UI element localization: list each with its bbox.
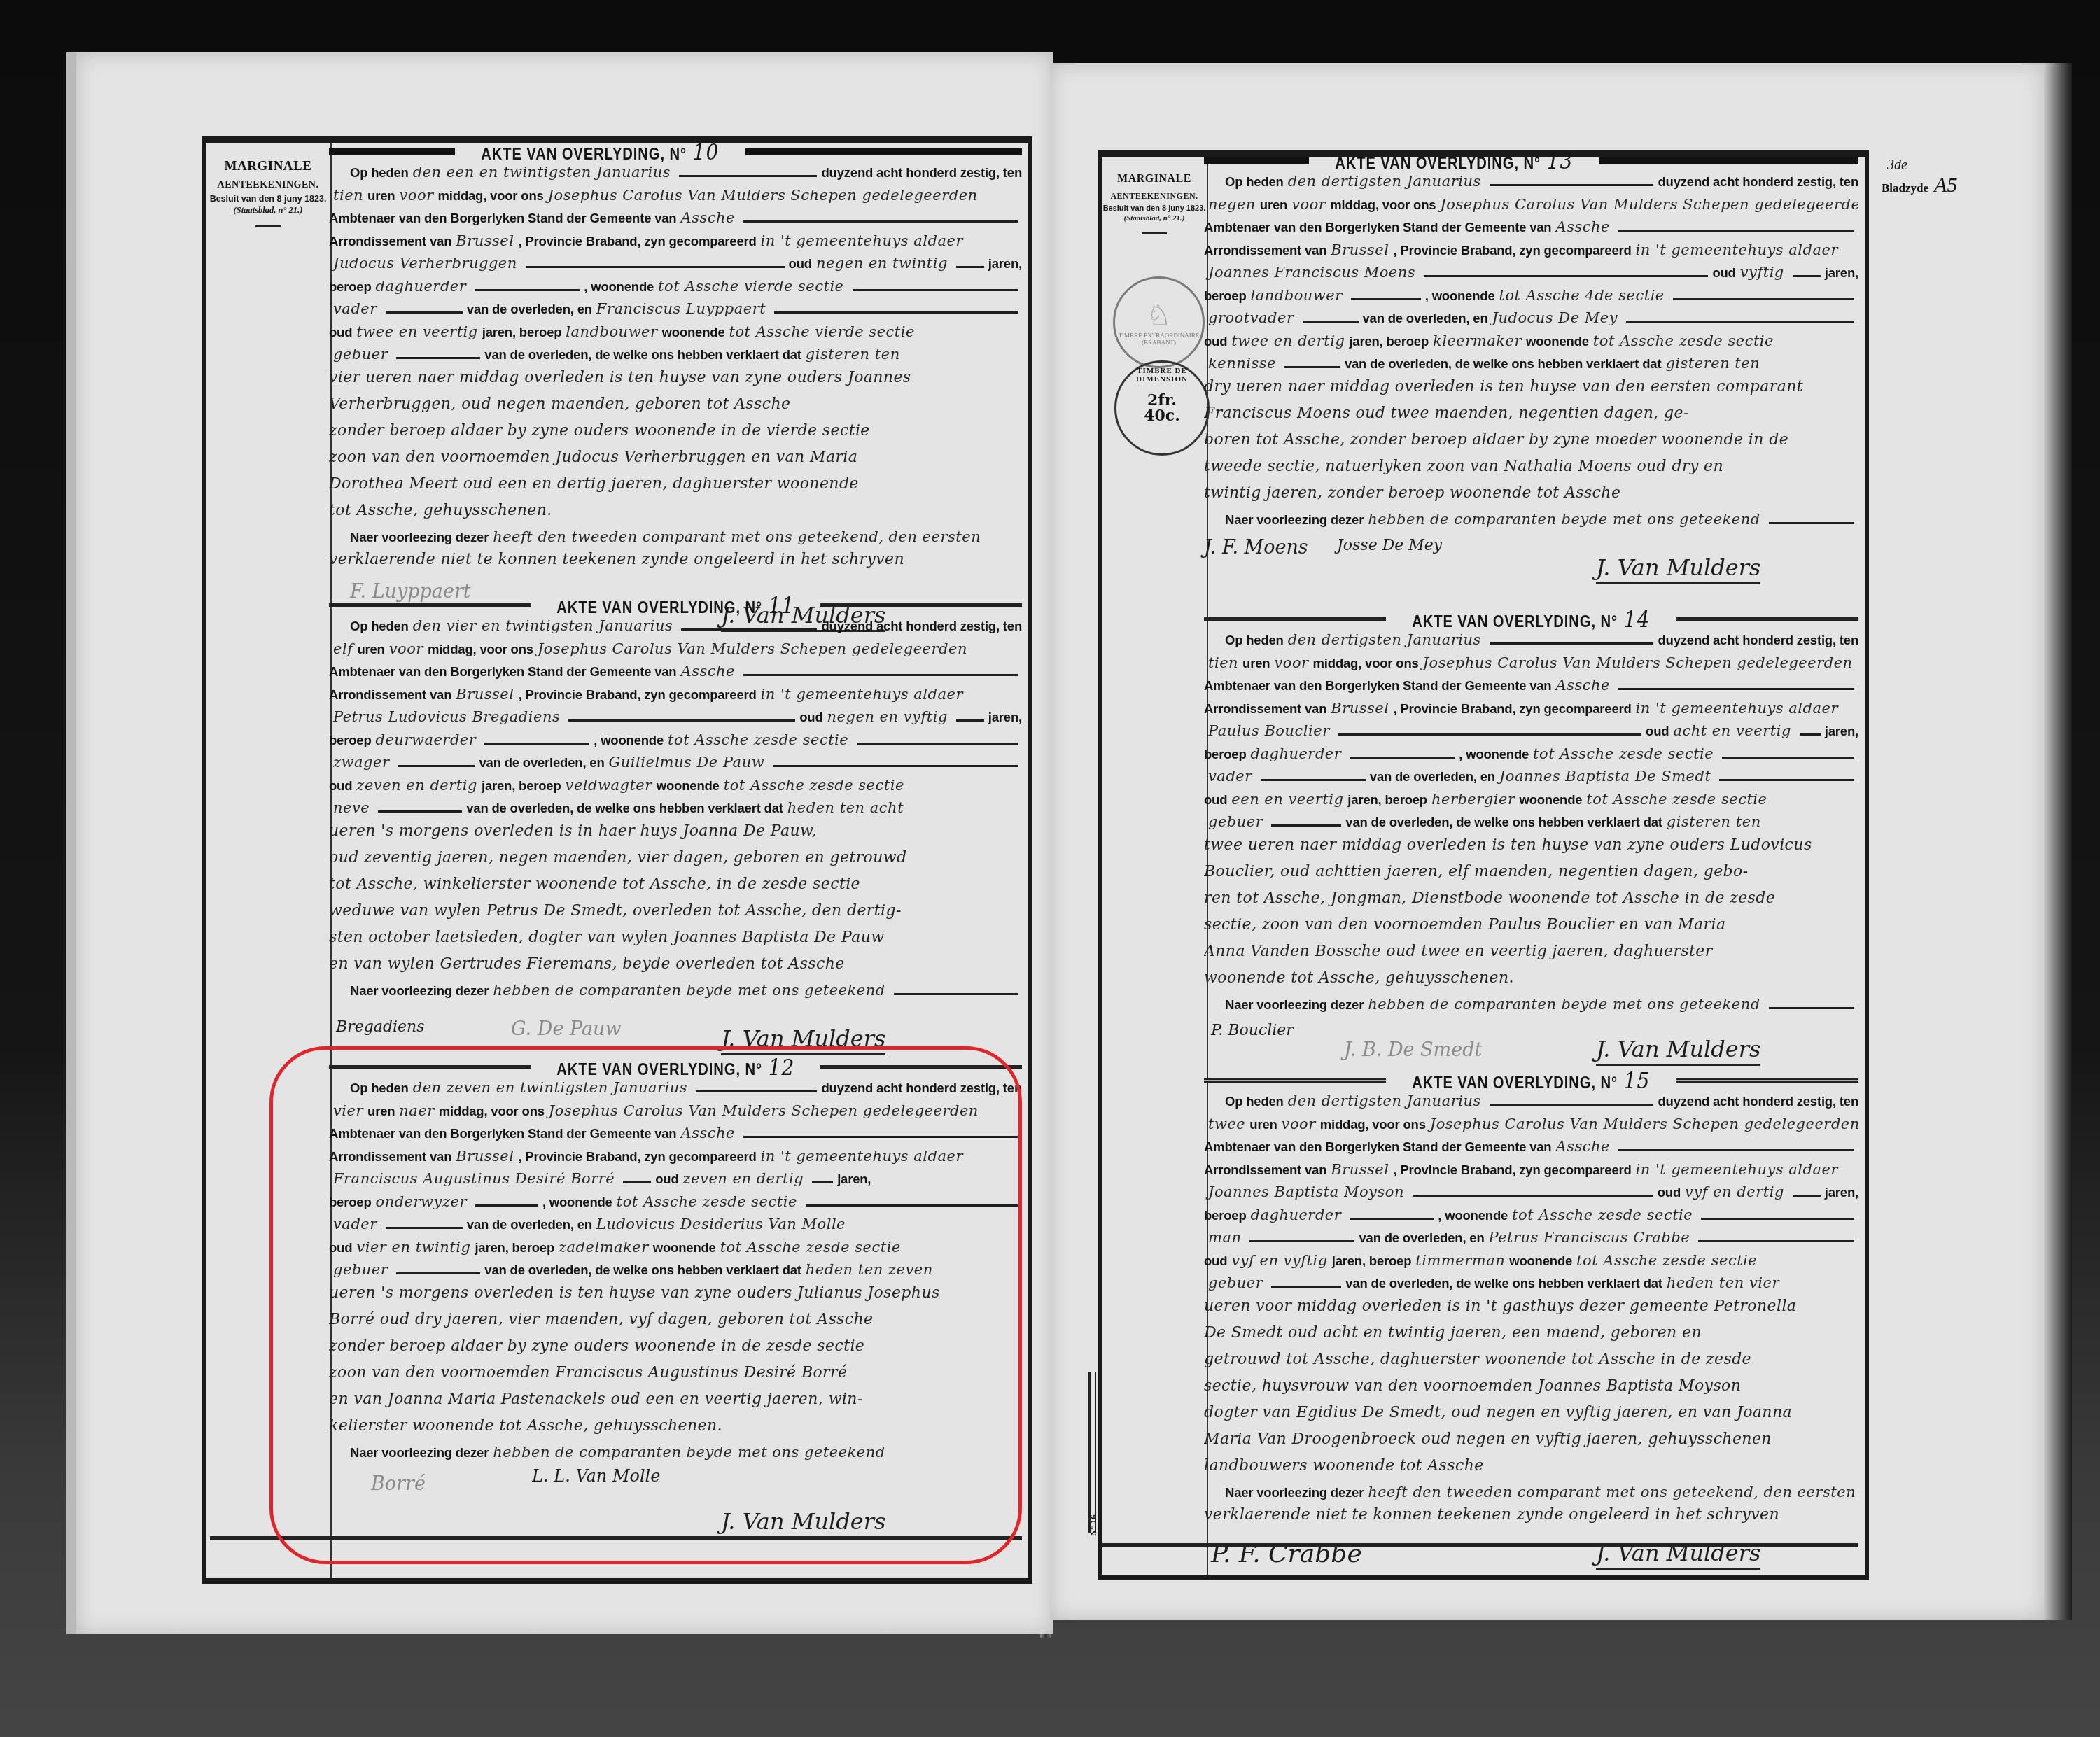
narrative-line: Borré oud dry jaeren, vier maenden, vyf … xyxy=(329,1311,1022,1337)
narrative-line: landbouwers woonende tot Assche xyxy=(1204,1457,1858,1484)
line-arrondissement: Arrondissement vanBrussel, Provincie Bra… xyxy=(329,232,1022,255)
narrative-line: ueren 's morgens overleden is in haer hu… xyxy=(329,822,1022,849)
narrative-line: Dorothea Meert oud een en dertig jaeren,… xyxy=(329,475,1022,502)
narrative-line: zoon van den voornoemden Judocus Verherb… xyxy=(329,449,1022,475)
narrative-line: twintig jaeren, zonder beroep woonende t… xyxy=(1204,484,1858,511)
narrative-line: Anna Vanden Bossche oud twee en veertig … xyxy=(1204,943,1858,969)
act-number: 15 xyxy=(1624,1067,1651,1094)
act-title: AKTE VAN OVERLYDING, N°13 xyxy=(1326,148,1582,174)
margin-decree: Besluit van den 8 juny 1823. xyxy=(1102,204,1207,213)
left-bottom-rule xyxy=(210,1536,1022,1540)
narrative-line: dry ueren naer middag overleden is ten h… xyxy=(1204,378,1858,405)
signature-comparant2: G. De Pauw xyxy=(511,1018,622,1040)
margin-subtitle: AENTEEKENINGEN. xyxy=(206,180,330,191)
lion-emblem-icon: ♘ xyxy=(1147,299,1172,332)
header-rule xyxy=(745,148,1022,155)
narrative-line: ueren voor middag overleden is in 't gas… xyxy=(1204,1298,1858,1324)
line-arrondissement: Arrondissement vanBrussel, Provincie Bra… xyxy=(1204,1161,1858,1184)
line-comparant1: Joannes Franciscus Moensoudvyftigjaren, xyxy=(1204,264,1858,287)
line-date: Op hedenden dertigsten Januariusduyzend … xyxy=(1204,173,1858,196)
narrative-line: Franciscus Moens oud twee maenden, negen… xyxy=(1204,405,1858,431)
line-date: Op hedenden dertigsten Januariusduyzend … xyxy=(1204,631,1858,654)
right-bottom-rule xyxy=(1102,1543,1858,1547)
narrative-line: kelierster woonende tot Assche, gehuyssc… xyxy=(329,1417,1022,1444)
line-official: Ambtenaer van den Borgerlyken Stand der … xyxy=(329,1125,1022,1148)
act-title: AKTE VAN OVERLYDING, N°14 xyxy=(1403,606,1659,633)
line-closing: Naer voorleezing dezerhebben de comparan… xyxy=(1204,996,1858,1019)
narrative-line: boren tot Assche, zonder beroep aldaer b… xyxy=(1204,431,1858,458)
line-closing: Naer voorleezing dezerhebben de comparan… xyxy=(329,982,1022,1005)
line-comparant1-relation: manvan de overleden, enPetrus Franciscus… xyxy=(1204,1229,1858,1252)
death-act-11: AKTE VAN OVERLYDING, N°11 Op hedenden vi… xyxy=(329,593,1022,1081)
line-hour: tienurenvoormiddag, voor onsJosephus Car… xyxy=(1204,654,1858,677)
header-rule xyxy=(1676,617,1858,621)
line-comparant1-job: beroepdaghuerder, woonendetot Assche vie… xyxy=(329,278,1022,301)
act-number: 13 xyxy=(1547,148,1574,174)
narrative-line: tot Assche, winkelierster woonende tot A… xyxy=(329,875,1022,902)
line-comparant1-job: beroeplandbouwer, woonendetot Assche 4de… xyxy=(1204,287,1858,310)
line-comparant2: oudvier en twintigjaren, beroepzadelmake… xyxy=(329,1239,1022,1262)
line-comparant1: Petrus Ludovicus Bregadiensoudnegen en v… xyxy=(329,708,1022,731)
line-comparant1: Joannes Baptista Moysonoudvyf en dertigj… xyxy=(1204,1183,1858,1207)
line-comparant1-job: beroepdeurwaerder, woonendetot Assche ze… xyxy=(329,731,1022,754)
death-act-12: AKTE VAN OVERLYDING, N°12 Op hedenden ze… xyxy=(329,1055,1022,1585)
line-statement: kennissevan de overleden, de welke ons h… xyxy=(1204,355,1858,378)
signature-comparant2: J. B. De Smedt xyxy=(1344,1039,1482,1061)
signature-comparant1: Bregadiens xyxy=(336,1018,425,1036)
margin-title: MARGINALE xyxy=(206,159,330,174)
header-rule xyxy=(1599,157,1858,164)
signature-officer: J. Van Mulders xyxy=(1596,1036,1760,1066)
margin-dash xyxy=(255,225,281,227)
line-arrondissement: Arrondissement vanBrussel, Provincie Bra… xyxy=(1204,700,1858,723)
line-comparant1-relation: grootvadervan de overleden, enJudocus De… xyxy=(1204,309,1858,332)
narrative-line: Verherbruggen, oud negen maenden, gebore… xyxy=(329,395,1022,422)
narrative-line: sten october laetsleden, dogter van wyle… xyxy=(329,929,1022,955)
act-title: AKTE VAN OVERLYDING, N°12 xyxy=(548,1054,804,1081)
narrative-line: vier ueren naer middag overleden is ten … xyxy=(329,369,1022,395)
narrative-line: tot Assche, gehuysschenen. xyxy=(329,502,1022,528)
side-double-rule xyxy=(1088,1372,1096,1533)
act-header: AKTE VAN OVERLYDING, N°10 xyxy=(329,140,1022,164)
line-date: Op hedenden zeven en twintigsten Januari… xyxy=(329,1079,1022,1102)
act-header: AKTE VAN OVERLYDING, N°15 xyxy=(1204,1069,1858,1092)
narrative-line: weduwe van wylen Petrus De Smedt, overle… xyxy=(329,902,1022,929)
tax-stamp-ordinary: ♘ TIMBRE EXTRAORDINAIRE (BRABANT) xyxy=(1113,276,1205,368)
margin-subtitle: AENTEEKENINGEN. xyxy=(1102,191,1207,202)
line-closing: Naer voorleezing dezerheeft den tweeden … xyxy=(1204,1484,1858,1507)
narrative-line: dogter van Egidius De Smedt, oud negen e… xyxy=(1204,1404,1858,1430)
act-header: AKTE VAN OVERLYDING, N°11 xyxy=(329,593,1022,617)
narrative-line: sectie, zoon van den voornoemden Paulus … xyxy=(1204,916,1858,943)
line-date: Op hedenden vier en twintigsten Januariu… xyxy=(329,617,1022,640)
narrative-line: en van Joanna Maria Pastenackels oud een… xyxy=(329,1391,1022,1417)
signature-comparant1: Borré xyxy=(371,1473,426,1495)
line-date: Op hedenden een en twintigsten Januarius… xyxy=(329,164,1022,187)
line-comparant1-relation: vadervan de overleden, enLudovicus Desid… xyxy=(329,1216,1022,1239)
signatures: J. F. Moens Josse De Mey J. Van Mulders xyxy=(1204,533,1858,610)
narrative-line: woonende tot Assche, gehuysschenen. xyxy=(1204,969,1858,996)
line-hour: negenurenvoormiddag, voor onsJosephus Ca… xyxy=(1204,196,1858,219)
margin-source: (Staatsblad, n° 21.) xyxy=(1102,214,1207,223)
line-statement: gebuervan de overleden, de welke ons heb… xyxy=(1204,813,1858,836)
line-hour: vierurennaermiddag, voor onsJosephus Car… xyxy=(329,1102,1022,1125)
narrative-line: ueren 's morgens overleden is ten huyse … xyxy=(329,1284,1022,1311)
narrative-line: zoon van den voornoemden Franciscus Augu… xyxy=(329,1364,1022,1391)
header-rule xyxy=(820,1065,1022,1069)
narrative-line: zonder beroep aldaer by zyne ouders woon… xyxy=(329,422,1022,449)
line-official: Ambtenaer van den Borgerlyken Stand der … xyxy=(1204,218,1858,241)
narrative-line: tweede sectie, natuerlyken zoon van Nath… xyxy=(1204,458,1858,484)
act-title: AKTE VAN OVERLYDING, N°11 xyxy=(548,592,804,619)
header-rule xyxy=(329,1065,531,1069)
act-number: 10 xyxy=(693,139,720,165)
line-arrondissement: Arrondissement vanBrussel, Provincie Bra… xyxy=(329,686,1022,709)
death-act-10: AKTE VAN OVERLYDING, N°10 Op hedenden ee… xyxy=(329,140,1022,654)
line-comparant1-job: beroeponderwyzer, woonendetot Assche zes… xyxy=(329,1193,1022,1216)
line-date: Op hedenden dertigsten Januariusduyzend … xyxy=(1204,1092,1858,1116)
act-number: 14 xyxy=(1624,606,1651,633)
header-rule xyxy=(1204,617,1386,621)
line-closing: Naer voorleezing dezerhebben de comparan… xyxy=(1204,511,1858,534)
header-rule xyxy=(329,603,531,607)
line-comparant1-job: beroepdaghuerder, woonendetot Assche zes… xyxy=(1204,745,1858,768)
line-hour: tienurenvoormiddag, voor onsJosephus Car… xyxy=(329,187,1022,210)
line-comparant2: oudtwee en dertigjaren, beroepkleermaker… xyxy=(1204,332,1858,356)
line-comparant1-relation: zwagervan de overleden, enGuilielmus De … xyxy=(329,754,1022,777)
line-statement: gebuervan de overleden, de welke ons heb… xyxy=(329,346,1022,369)
line-comparant1-relation: vadervan de overleden, enFranciscus Luyp… xyxy=(329,300,1022,323)
signatures: Borré L. L. Van Molle J. Van Mulders xyxy=(329,1466,1022,1585)
margin-source: (Staatsblad, n° 21.) xyxy=(206,205,330,216)
narrative-line: en van wylen Gertrudes Fieremans, beyde … xyxy=(329,955,1022,982)
death-act-14: AKTE VAN OVERLYDING, N°14 Op hedenden de… xyxy=(1204,607,1858,1095)
tax-stamp-dimension: TIMBRE DE DIMENSION 2fr. 40c. xyxy=(1114,360,1210,456)
narrative-line: Maria Van Droogenbroeck oud negen en vyf… xyxy=(1204,1430,1858,1457)
narrative-line: sectie, huysvrouw van den voornoemden Jo… xyxy=(1204,1377,1858,1404)
narrative-line: zonder beroep aldaer by zyne ouders woon… xyxy=(329,1337,1022,1364)
line-comparant1: Paulus Bouclieroudacht en veertigjaren, xyxy=(1204,722,1858,745)
act-number: 11 xyxy=(768,592,794,619)
line-statement: gebuervan de overleden, de welke ons heb… xyxy=(329,1261,1022,1284)
closing-line: verklaerende niet te konnen teekenen zyn… xyxy=(329,551,1022,577)
line-comparant2: oudzeven en dertigjaren, beroepveldwagte… xyxy=(329,777,1022,800)
line-closing: Naer voorleezing dezerhebben de comparan… xyxy=(329,1444,1022,1467)
line-official: Ambtenaer van den Borgerlyken Stand der … xyxy=(1204,677,1858,700)
header-rule xyxy=(1676,1078,1858,1083)
act-title: AKTE VAN OVERLYDING, N°15 xyxy=(1403,1067,1659,1094)
line-comparant1: Franciscus Augustinus Desiré Borréoudzev… xyxy=(329,1170,1022,1193)
line-hour: tweeurenvoormiddag, voor onsJosephus Car… xyxy=(1204,1116,1858,1139)
margin-title: MARGINALE xyxy=(1102,173,1207,185)
act-header: AKTE VAN OVERLYDING, N°12 xyxy=(329,1055,1022,1079)
header-rule xyxy=(820,603,1022,607)
signature-officer: J. Van Mulders xyxy=(721,1025,885,1055)
line-official: Ambtenaer van den Borgerlyken Stand der … xyxy=(1204,1138,1858,1161)
line-hour: elfurenvoormiddag, voor onsJosephus Caro… xyxy=(329,640,1022,663)
margin-dash xyxy=(1142,232,1167,234)
marginal-notes-column: MARGINALE AENTEEKENINGEN. Besluit van de… xyxy=(206,143,332,1578)
signature-officer: J. Van Mulders xyxy=(1596,554,1760,584)
line-official: Ambtenaer van den Borgerlyken Stand der … xyxy=(329,209,1022,232)
header-rule xyxy=(1204,157,1309,164)
act-header: AKTE VAN OVERLYDING, N°14 xyxy=(1204,607,1858,631)
line-closing: Naer voorleezing dezerheeft den tweeden … xyxy=(329,528,1022,551)
page-marker: 3de BladzydeA5 xyxy=(1882,157,1957,197)
death-act-13: AKTE VAN OVERLYDING, N°13 Op hedenden de… xyxy=(1204,149,1858,610)
narrative-line: ren tot Assche, Jongman, Dienstbode woon… xyxy=(1204,889,1858,916)
signature-comparant2: L. L. Van Molle xyxy=(532,1466,661,1486)
header-rule xyxy=(329,148,455,155)
line-comparant2: oudvyf en vyftigjaren, beroeptimmermanwo… xyxy=(1204,1252,1858,1275)
signature-comparant1: P. Bouclier xyxy=(1211,1022,1294,1039)
header-rule xyxy=(1204,1078,1386,1083)
side-sheet-number: N° 16. xyxy=(1088,1512,1099,1536)
line-comparant1: Judocus Verherbruggenoudnegen en twintig… xyxy=(329,255,1022,278)
act-title: AKTE VAN OVERLYDING, N°10 xyxy=(472,139,728,165)
line-arrondissement: Arrondissement vanBrussel, Provincie Bra… xyxy=(1204,241,1858,265)
signature-officer: J. Van Mulders xyxy=(721,1508,885,1538)
narrative-line: getrouwd tot Assche, daghuerster woonend… xyxy=(1204,1351,1858,1377)
act-number: 12 xyxy=(768,1054,794,1081)
death-act-15: AKTE VAN OVERLYDING, N°15 Op hedenden de… xyxy=(1204,1069,1858,1610)
line-comparant2: oudeen en veertigjaren, beroepherbergier… xyxy=(1204,791,1858,814)
line-official: Ambtenaer van den Borgerlyken Stand der … xyxy=(329,663,1022,686)
line-statement: gebuervan de overleden, de welke ons heb… xyxy=(1204,1274,1858,1298)
line-comparant1-job: beroepdaghuerder, woonendetot Assche zes… xyxy=(1204,1207,1858,1230)
narrative-line: twee ueren naer middag overleden is ten … xyxy=(1204,836,1858,863)
narrative-line: oud zeventig jaeren, negen maenden, vier… xyxy=(329,849,1022,875)
margin-decree: Besluit van den 8 juny 1823. xyxy=(206,194,330,204)
signature-comparant2: Josse De Mey xyxy=(1337,537,1442,554)
closing-line: verklaerende niet te konnen teekenen zyn… xyxy=(1204,1506,1858,1533)
line-comparant2: oudtwee en veertigjaren, beroeplandbouwe… xyxy=(329,323,1022,346)
line-comparant1-relation: vadervan de overleden, enJoannes Baptist… xyxy=(1204,768,1858,791)
signature-comparant1: J. F. Moens xyxy=(1204,537,1308,558)
line-statement: nevevan de overleden, de welke ons hebbe… xyxy=(329,799,1022,822)
act-header: AKTE VAN OVERLYDING, N°13 xyxy=(1204,149,1858,173)
narrative-line: Bouclier, oud achttien jaeren, elf maend… xyxy=(1204,863,1858,889)
narrative-line: De Smedt oud acht en twintig jaeren, een… xyxy=(1204,1324,1858,1351)
line-arrondissement: Arrondissement vanBrussel, Provincie Bra… xyxy=(329,1148,1022,1171)
